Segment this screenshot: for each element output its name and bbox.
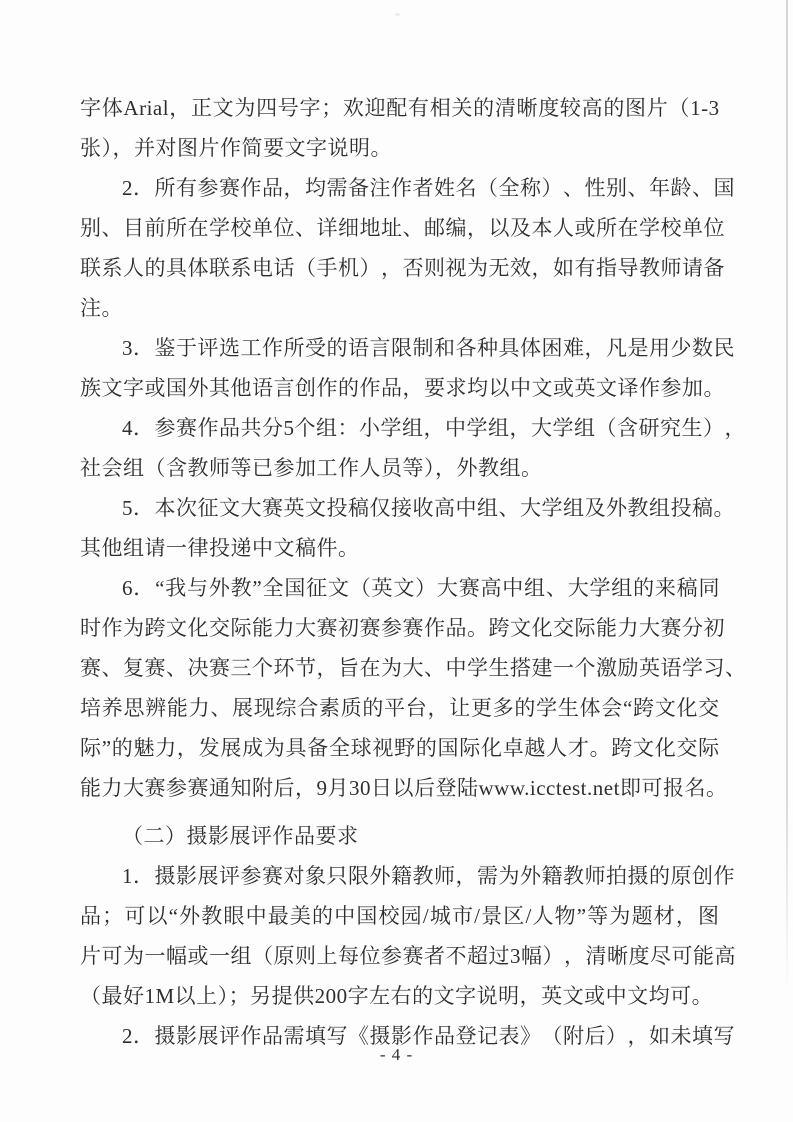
text-run: 请 bbox=[682, 248, 704, 288]
text-run: 稿 bbox=[692, 488, 714, 528]
text-run: 品 bbox=[219, 408, 241, 448]
text-run: 征 bbox=[306, 568, 328, 608]
text-run: 品 bbox=[381, 368, 403, 408]
text-run: 的 bbox=[112, 728, 134, 768]
text-run: 要 bbox=[424, 368, 446, 408]
document-page: 字体Arial，正文为四号字；欢迎配有相关的清晰度较高的图片（1-3张），并对图… bbox=[0, 0, 793, 1122]
text-run: 组 bbox=[231, 936, 253, 976]
text-run: 字 bbox=[80, 88, 102, 128]
text-run: 多 bbox=[493, 688, 515, 728]
text-run: ． bbox=[133, 488, 155, 528]
text-run: （ bbox=[668, 88, 690, 128]
text-run: 文 bbox=[219, 488, 241, 528]
text-run: 赛 bbox=[188, 768, 210, 808]
text-run: 赛 bbox=[80, 648, 102, 688]
text-run: 力 bbox=[618, 608, 640, 648]
text-run: 。 bbox=[704, 368, 726, 408]
text-run: 三 bbox=[231, 648, 253, 688]
text-run: 跨 bbox=[633, 688, 655, 728]
text-line: 际”的魅力，发展成为具备全球视野的国际化卓越人才。跨文化交际 bbox=[80, 728, 720, 768]
text-run: 次 bbox=[176, 488, 198, 528]
text-run: 文 bbox=[328, 568, 350, 608]
text-run: 在 bbox=[360, 648, 382, 688]
text-run: 只 bbox=[327, 856, 349, 896]
text-run: 、 bbox=[628, 168, 650, 208]
scan-artifact-line bbox=[786, 0, 788, 995]
text-run: 学 bbox=[209, 208, 231, 248]
text-run: 参 bbox=[661, 368, 683, 408]
text-run: 以 bbox=[146, 896, 168, 936]
text-run: 有 bbox=[575, 248, 597, 288]
text-run: 6 bbox=[122, 568, 133, 608]
text-run: 者 bbox=[424, 936, 446, 976]
text-run: 字 bbox=[123, 368, 145, 408]
text-run: 赛 bbox=[145, 648, 167, 688]
text-run: 稿 bbox=[677, 568, 699, 608]
text-run: 清 bbox=[495, 88, 517, 128]
text-run: 文 bbox=[393, 568, 415, 608]
text-run: 学 bbox=[467, 648, 489, 688]
text-run: 为 bbox=[499, 856, 521, 896]
text-run: 高 bbox=[715, 936, 737, 976]
text-run: 文 bbox=[213, 88, 235, 128]
text-run: 化 bbox=[655, 728, 677, 768]
text-run: 均 bbox=[305, 168, 327, 208]
text-run: 初 bbox=[338, 608, 360, 648]
text-run: ． bbox=[133, 168, 155, 208]
text-run: 系 bbox=[231, 248, 253, 288]
text-run: 别 bbox=[80, 208, 102, 248]
text-run: 数 bbox=[692, 328, 714, 368]
text-run: 、 bbox=[725, 648, 747, 688]
text-run: 化 bbox=[188, 608, 210, 648]
text-line: 时作为跨文化交际能力大赛初赛参赛作品。跨文化交际能力大赛分初 bbox=[80, 608, 720, 648]
text-run: 决 bbox=[188, 648, 210, 688]
text-run: 。 bbox=[714, 488, 736, 528]
text-line: 其他组请一律投递中文稿件。 bbox=[80, 528, 720, 568]
text-run: 赛 bbox=[145, 768, 167, 808]
text-run: 前 bbox=[145, 208, 167, 248]
text-line: 6．“我与外教”全国征文（英文）大赛高中组、大学组的来稿同 bbox=[80, 568, 720, 608]
text-run: 赛 bbox=[262, 488, 284, 528]
text-run: ） bbox=[360, 248, 382, 288]
text-run: 视 bbox=[372, 728, 394, 768]
text-line: 字体Arial，正文为四号字；欢迎配有相关的清晰度较高的图片（1-3 bbox=[80, 88, 720, 128]
text-run: ； bbox=[102, 896, 124, 936]
text-run: 对 bbox=[284, 856, 306, 896]
text-run: 我 bbox=[165, 568, 187, 608]
text-run: 可 bbox=[641, 768, 663, 808]
text-run: 大 bbox=[639, 608, 661, 648]
text-line: 培养思辨能力、展现综合素质的平台，让更多的学生体会“跨文化交 bbox=[80, 688, 720, 728]
text-run: 组 bbox=[524, 568, 546, 608]
text-run: 电 bbox=[252, 248, 274, 288]
text-run: 图 bbox=[625, 88, 647, 128]
text-run: （ bbox=[350, 568, 372, 608]
text-run: 作 bbox=[241, 168, 263, 208]
text-run: 族 bbox=[80, 368, 102, 408]
text-run: 让 bbox=[449, 688, 471, 728]
text-run: 大 bbox=[403, 648, 425, 688]
text-run: 师 bbox=[434, 856, 456, 896]
text-run: 少 bbox=[671, 328, 693, 368]
text-run: 同 bbox=[698, 568, 720, 608]
text-run: 作 bbox=[317, 368, 339, 408]
text-run: 语 bbox=[348, 328, 370, 368]
text-run: 系 bbox=[102, 248, 124, 288]
text-run: 投 bbox=[671, 488, 693, 528]
text-run: 素 bbox=[319, 688, 341, 728]
text-run: 体 bbox=[580, 688, 602, 728]
text-run: 际 bbox=[80, 728, 102, 768]
text-run: 中 bbox=[445, 408, 467, 448]
text-run: 时 bbox=[80, 608, 102, 648]
text-run: 大 bbox=[241, 488, 263, 528]
text-run: 化 bbox=[481, 728, 503, 768]
text-run: 片 bbox=[80, 936, 102, 976]
text-run: 及 bbox=[585, 488, 607, 528]
text-run: ， bbox=[295, 768, 317, 808]
text-line: 4．参赛作品共分5个组：小学组，中学组，大学组（含研究生）， bbox=[80, 408, 720, 448]
text-run: 联 bbox=[80, 248, 102, 288]
text-run: 晰 bbox=[607, 936, 629, 976]
text-run: 选 bbox=[219, 328, 241, 368]
text-run: 即 bbox=[620, 768, 642, 808]
text-run: 英 bbox=[575, 368, 597, 408]
text-run: 究 bbox=[660, 408, 682, 448]
text-run: 校 bbox=[379, 896, 401, 936]
text-run: 登 bbox=[436, 768, 458, 808]
text-run: 、 bbox=[403, 208, 425, 248]
text-run: 文 bbox=[532, 368, 554, 408]
text-run: 品 bbox=[80, 896, 102, 936]
text-run: 题 bbox=[632, 896, 654, 936]
text-line: 族文字或国外其他语言创作的作品，要求均以中文或英文译作参加。 bbox=[80, 368, 720, 408]
text-run: 物 bbox=[555, 896, 577, 936]
text-run: 为 bbox=[123, 936, 145, 976]
text-run: 力 bbox=[189, 688, 211, 728]
text-run: ． bbox=[133, 856, 155, 896]
text-run: 评 bbox=[198, 328, 220, 368]
text-run: 思 bbox=[123, 688, 145, 728]
text-run: 址 bbox=[381, 208, 403, 248]
text-run: 受 bbox=[305, 328, 327, 368]
text-run: 搭 bbox=[510, 648, 532, 688]
text-run: 在 bbox=[618, 208, 640, 248]
text-run: ， bbox=[467, 208, 489, 248]
text-run: 言 bbox=[370, 328, 392, 368]
text-run: 一 bbox=[209, 936, 231, 976]
text-run: 难 bbox=[563, 328, 585, 368]
text-run: 初 bbox=[704, 608, 726, 648]
text-run: 外 bbox=[209, 568, 231, 608]
text-run: 国 bbox=[714, 168, 736, 208]
text-run: 校 bbox=[661, 208, 683, 248]
text-run: 2 bbox=[122, 168, 133, 208]
text-line: （最好1M以上）；另提供200字左右的文字说明，英文或中文均可。 bbox=[80, 976, 720, 1016]
text-run: 目 bbox=[123, 208, 145, 248]
text-run: （ bbox=[477, 168, 499, 208]
text-run: 际 bbox=[231, 608, 253, 648]
text-run: ” bbox=[577, 896, 587, 936]
text-run: 中 bbox=[510, 368, 532, 408]
text-run: 大 bbox=[437, 568, 459, 608]
text-run: 为 bbox=[264, 728, 286, 768]
text-run: 较 bbox=[560, 88, 582, 128]
text-run: 才 bbox=[568, 728, 590, 768]
text-line: （二）摄影展评作品要求 bbox=[80, 816, 720, 856]
text-run: 3 bbox=[510, 936, 521, 976]
text-run: 作 bbox=[391, 168, 413, 208]
text-run: 9 bbox=[317, 768, 328, 808]
text-run: 最 bbox=[268, 896, 290, 936]
text-run: 英 bbox=[284, 488, 306, 528]
text-run: 的 bbox=[338, 368, 360, 408]
text-run: 民 bbox=[714, 328, 736, 368]
text-run: 英 bbox=[639, 648, 661, 688]
text-run: 所 bbox=[166, 208, 188, 248]
text-run: 中 bbox=[446, 648, 468, 688]
text-run: 力 bbox=[102, 768, 124, 808]
text-run: 求 bbox=[446, 368, 468, 408]
text-run: 清 bbox=[586, 936, 608, 976]
text-run: 一 bbox=[553, 648, 575, 688]
text-run: 景 bbox=[481, 896, 503, 936]
text-run: 学 bbox=[381, 408, 403, 448]
text-run: 学 bbox=[553, 408, 575, 448]
text-run: 体 bbox=[520, 328, 542, 368]
text-run: （ bbox=[252, 936, 274, 976]
text-line: 2．所有参赛作品，均需备注作者姓名（全称）、性别、年龄、国 bbox=[80, 168, 720, 208]
text-run: 跨 bbox=[489, 608, 511, 648]
text-run: 激 bbox=[596, 648, 618, 688]
text-run: 可 bbox=[102, 936, 124, 976]
text-run: 辨 bbox=[145, 688, 167, 728]
text-run: ． bbox=[133, 328, 155, 368]
text-run: 化 bbox=[532, 608, 554, 648]
text-run: 配 bbox=[386, 88, 408, 128]
text-run: 教 bbox=[639, 248, 661, 288]
text-run: 展 bbox=[232, 688, 254, 728]
text-run: 体 bbox=[102, 88, 124, 128]
text-run: 象 bbox=[305, 856, 327, 896]
text-run: 赛 bbox=[661, 608, 683, 648]
text-run: 其 bbox=[209, 368, 231, 408]
text-run: ” bbox=[102, 728, 112, 768]
text-run: 眼 bbox=[223, 896, 245, 936]
text-run: 文 bbox=[596, 368, 618, 408]
text-run: 外 bbox=[520, 856, 542, 896]
text-line: 1．摄影展评参赛对象只限外籍教师，需为外籍教师拍摄的原创作 bbox=[80, 856, 720, 896]
text-run: 可 bbox=[124, 896, 146, 936]
text-run: 国 bbox=[356, 896, 378, 936]
text-run: 跨 bbox=[145, 608, 167, 648]
text-run: 成 bbox=[242, 728, 264, 768]
text-run: 高 bbox=[481, 568, 503, 608]
text-run: 制 bbox=[413, 328, 435, 368]
text-run: ， bbox=[456, 856, 478, 896]
text-run: 越 bbox=[524, 728, 546, 768]
text-run: 文 bbox=[633, 728, 655, 768]
text-run: 备 bbox=[307, 728, 329, 768]
text-run: 或 bbox=[145, 368, 167, 408]
text-run: 晰 bbox=[517, 88, 539, 128]
text-run: 野 bbox=[394, 728, 416, 768]
text-run: 赛 bbox=[403, 936, 425, 976]
text-run: 收 bbox=[413, 488, 435, 528]
text-run: 建 bbox=[532, 648, 554, 688]
text-run: 分 bbox=[682, 608, 704, 648]
text-run: 、 bbox=[166, 648, 188, 688]
text-run: 、 bbox=[295, 208, 317, 248]
text-run: 均 bbox=[467, 368, 489, 408]
text-run: 欢 bbox=[343, 88, 365, 128]
text-run: 合 bbox=[297, 688, 319, 728]
text-run: ， bbox=[169, 88, 191, 128]
text-run: 跨 bbox=[611, 728, 633, 768]
text-run: 尽 bbox=[650, 936, 672, 976]
text-run: 复 bbox=[123, 648, 145, 688]
text-run: 外 bbox=[370, 856, 392, 896]
text-run: 小 bbox=[359, 408, 381, 448]
text-run: 话 bbox=[274, 248, 296, 288]
text-run: www.icctest.net bbox=[479, 768, 620, 808]
text-run: 区 bbox=[503, 896, 525, 936]
text-run: 性 bbox=[585, 168, 607, 208]
text-run: 接 bbox=[391, 488, 413, 528]
text-run: 质 bbox=[341, 688, 363, 728]
text-run: 中 bbox=[456, 488, 478, 528]
text-run: 需 bbox=[327, 168, 349, 208]
text-run: 超 bbox=[467, 936, 489, 976]
text-run: 稿 bbox=[348, 488, 370, 528]
text-run: 能 bbox=[252, 608, 274, 648]
text-run: 的 bbox=[312, 896, 334, 936]
text-run: 姓 bbox=[434, 168, 456, 208]
text-run: 等 bbox=[587, 896, 609, 936]
text-run: 。 bbox=[706, 768, 728, 808]
text-run: ， bbox=[428, 688, 450, 728]
text-run: 需 bbox=[477, 856, 499, 896]
text-run: 教 bbox=[563, 856, 585, 896]
text-run: 备 bbox=[704, 248, 726, 288]
text-run: 通 bbox=[209, 768, 231, 808]
text-line: 品；可以“外教眼中最美的中国校园/城市/景区/人物”等为题材，图 bbox=[80, 896, 720, 936]
text-run: 培 bbox=[80, 688, 102, 728]
text-run: 卓 bbox=[503, 728, 525, 768]
text-run: 更 bbox=[471, 688, 493, 728]
text-run: 含 bbox=[617, 408, 639, 448]
text-run: / bbox=[525, 896, 531, 936]
text-run: 参 bbox=[155, 408, 177, 448]
text-run: 为 bbox=[381, 648, 403, 688]
text-run: 各 bbox=[456, 328, 478, 368]
text-run: 者 bbox=[413, 168, 435, 208]
text-run: 教 bbox=[628, 488, 650, 528]
text-run: 外 bbox=[606, 488, 628, 528]
text-run: 能 bbox=[167, 688, 189, 728]
text-run: 过 bbox=[489, 936, 511, 976]
text-run: 编 bbox=[446, 208, 468, 248]
text-run: 相 bbox=[430, 88, 452, 128]
text-run: 个 bbox=[575, 648, 597, 688]
text-run: ， bbox=[564, 936, 586, 976]
text-run: 、 bbox=[499, 488, 521, 528]
text-run: 备 bbox=[348, 168, 370, 208]
text-run: 的 bbox=[514, 688, 536, 728]
text-run: ， bbox=[284, 168, 306, 208]
text-run: ， bbox=[424, 408, 446, 448]
text-run: 有 bbox=[176, 168, 198, 208]
text-run: 效 bbox=[510, 248, 532, 288]
text-run: 生 bbox=[558, 688, 580, 728]
text-run: 来 bbox=[655, 568, 677, 608]
text-run: 限 bbox=[391, 328, 413, 368]
text-run: 的 bbox=[416, 728, 438, 768]
text-run: 中 bbox=[502, 568, 524, 608]
text-run: 单 bbox=[252, 208, 274, 248]
text-run: 学 bbox=[536, 688, 558, 728]
text-run: 学 bbox=[639, 208, 661, 248]
text-run: 四 bbox=[256, 88, 278, 128]
text-block: 字体Arial，正文为四号字；欢迎配有相关的清晰度较高的图片（1-3张），并对图… bbox=[80, 88, 720, 1056]
text-run: 组 bbox=[563, 488, 585, 528]
text-run: 魅 bbox=[133, 728, 155, 768]
text-run: 或 bbox=[188, 936, 210, 976]
text-run: ） bbox=[703, 408, 725, 448]
text-run: 言 bbox=[274, 368, 296, 408]
text-run: 导 bbox=[618, 248, 640, 288]
text-run: ． bbox=[133, 568, 155, 608]
text-run: 种 bbox=[477, 328, 499, 368]
text-run: 影 bbox=[176, 856, 198, 896]
text-run: 力 bbox=[155, 728, 177, 768]
text-run: 能 bbox=[596, 608, 618, 648]
text-run: 称 bbox=[520, 168, 542, 208]
text-run: 上 bbox=[317, 936, 339, 976]
text-run: 组 bbox=[574, 408, 596, 448]
text-run: 机 bbox=[338, 248, 360, 288]
text-run: ， bbox=[381, 248, 403, 288]
text-run: 赛 bbox=[219, 168, 241, 208]
text-run: 文 bbox=[102, 368, 124, 408]
text-run: 大 bbox=[531, 408, 553, 448]
text-run: 外 bbox=[188, 368, 210, 408]
text-run: 联 bbox=[209, 248, 231, 288]
text-run: 与 bbox=[187, 568, 209, 608]
text-run: 际 bbox=[575, 608, 597, 648]
text-run: 所 bbox=[596, 208, 618, 248]
text-run: 学 bbox=[467, 408, 489, 448]
text-run: 文 bbox=[655, 688, 677, 728]
text-run: ， bbox=[532, 248, 554, 288]
text-run: 市 bbox=[452, 896, 474, 936]
text-run: 凡 bbox=[606, 328, 628, 368]
text-run: 一 bbox=[145, 936, 167, 976]
scan-smudge bbox=[395, 13, 400, 16]
text-run: 图 bbox=[698, 896, 720, 936]
text-run: 作 bbox=[639, 368, 661, 408]
text-run: 籍 bbox=[391, 856, 413, 896]
text-run: 的 bbox=[327, 328, 349, 368]
text-run: 单 bbox=[682, 208, 704, 248]
text-run: 有 bbox=[408, 88, 430, 128]
text-run: 组 bbox=[611, 568, 633, 608]
text-run: 5 bbox=[284, 408, 295, 448]
text-run: 交 bbox=[676, 728, 698, 768]
text-run: 参 bbox=[381, 608, 403, 648]
text-run: 赛 bbox=[403, 608, 425, 648]
